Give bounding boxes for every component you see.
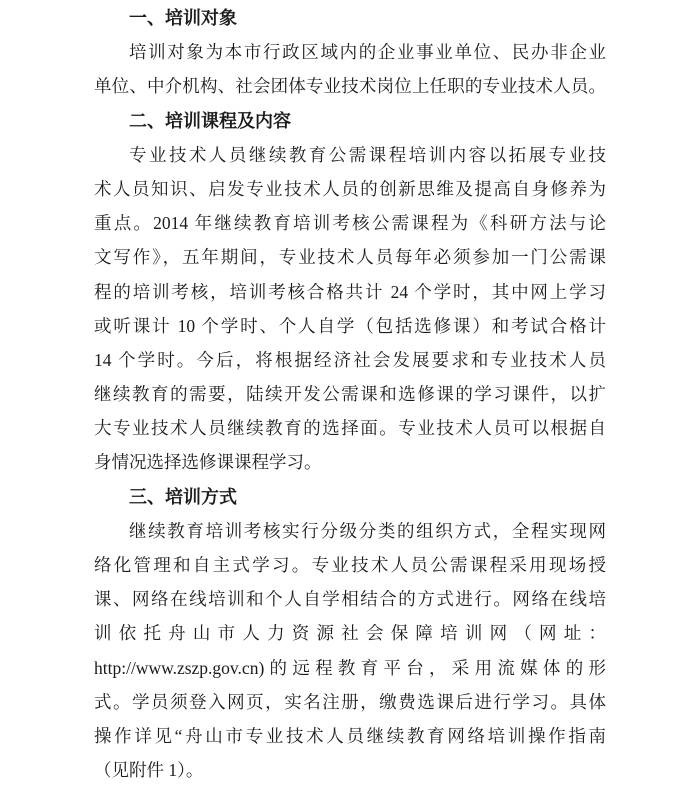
- section-2-heading: 二、培训课程及内容: [94, 104, 606, 138]
- paragraph-line-url: http://www.zszp.gov.cn)的远程教育平台，采用流媒体的形: [94, 651, 606, 685]
- paragraph-line: （见附件 1）。: [94, 753, 606, 787]
- paragraph-line: 单位、中介机构、社会团体专业技术岗位上任职的专业技术人员。: [94, 69, 606, 103]
- paragraph-line: 重点。2014 年继续教育培训考核公需课程为《科研方法与论: [94, 206, 606, 240]
- section-3-heading: 三、培训方式: [94, 480, 606, 514]
- paragraph-line: 培训对象为本市行政区域内的企业事业单位、民办非企业: [94, 35, 606, 69]
- paragraph-line: 程的培训考核，培训考核合格共计 24 个学时，其中网上学习: [94, 275, 606, 309]
- paragraph-line: 操作详见“舟山市专业技术人员继续教育网络培训操作指南: [94, 719, 606, 753]
- paragraph-line: 络化管理和自主式学习。专业技术人员公需课程采用现场授: [94, 548, 606, 582]
- paragraph-line: 身情况选择选修课课程学习。: [94, 445, 606, 479]
- paragraph-line-spaced: 训依托舟山市人力资源社会保障培训网（网址：: [94, 616, 606, 650]
- paragraph-line: 术人员知识、启发专业技术人员的创新思维及提高自身修养为: [94, 172, 606, 206]
- paragraph-line: 继续教育的需要，陆续开发公需课和选修课的学习课件，以扩: [94, 377, 606, 411]
- paragraph-line: 式。学员须登入网页，实名注册，缴费选课后进行学习。具体: [94, 685, 606, 719]
- paragraph-line: 专业技术人员继续教育公需课程培训内容以拓展专业技: [94, 138, 606, 172]
- paragraph-line: 14 个学时。今后，将根据经济社会发展要求和专业技术人员: [94, 343, 606, 377]
- paragraph-line: 课、网络在线培训和个人自学相结合的方式进行。网络在线培: [94, 582, 606, 616]
- paragraph-line: 文写作》，五年期间，专业技术人员每年必须参加一门公需课: [94, 240, 606, 274]
- paragraph-line: 继续教育培训考核实行分级分类的组织方式，全程实现网: [94, 514, 606, 548]
- paragraph-line: 或听课计 10 个学时、个人自学（包括选修课）和考试合格计: [94, 309, 606, 343]
- document-page: 一、培训对象 培训对象为本市行政区域内的企业事业单位、民办非企业 单位、中介机构…: [0, 0, 700, 788]
- paragraph-line: 大专业技术人员继续教育的选择面。专业技术人员可以根据自: [94, 411, 606, 445]
- section-1-heading: 一、培训对象: [94, 1, 606, 35]
